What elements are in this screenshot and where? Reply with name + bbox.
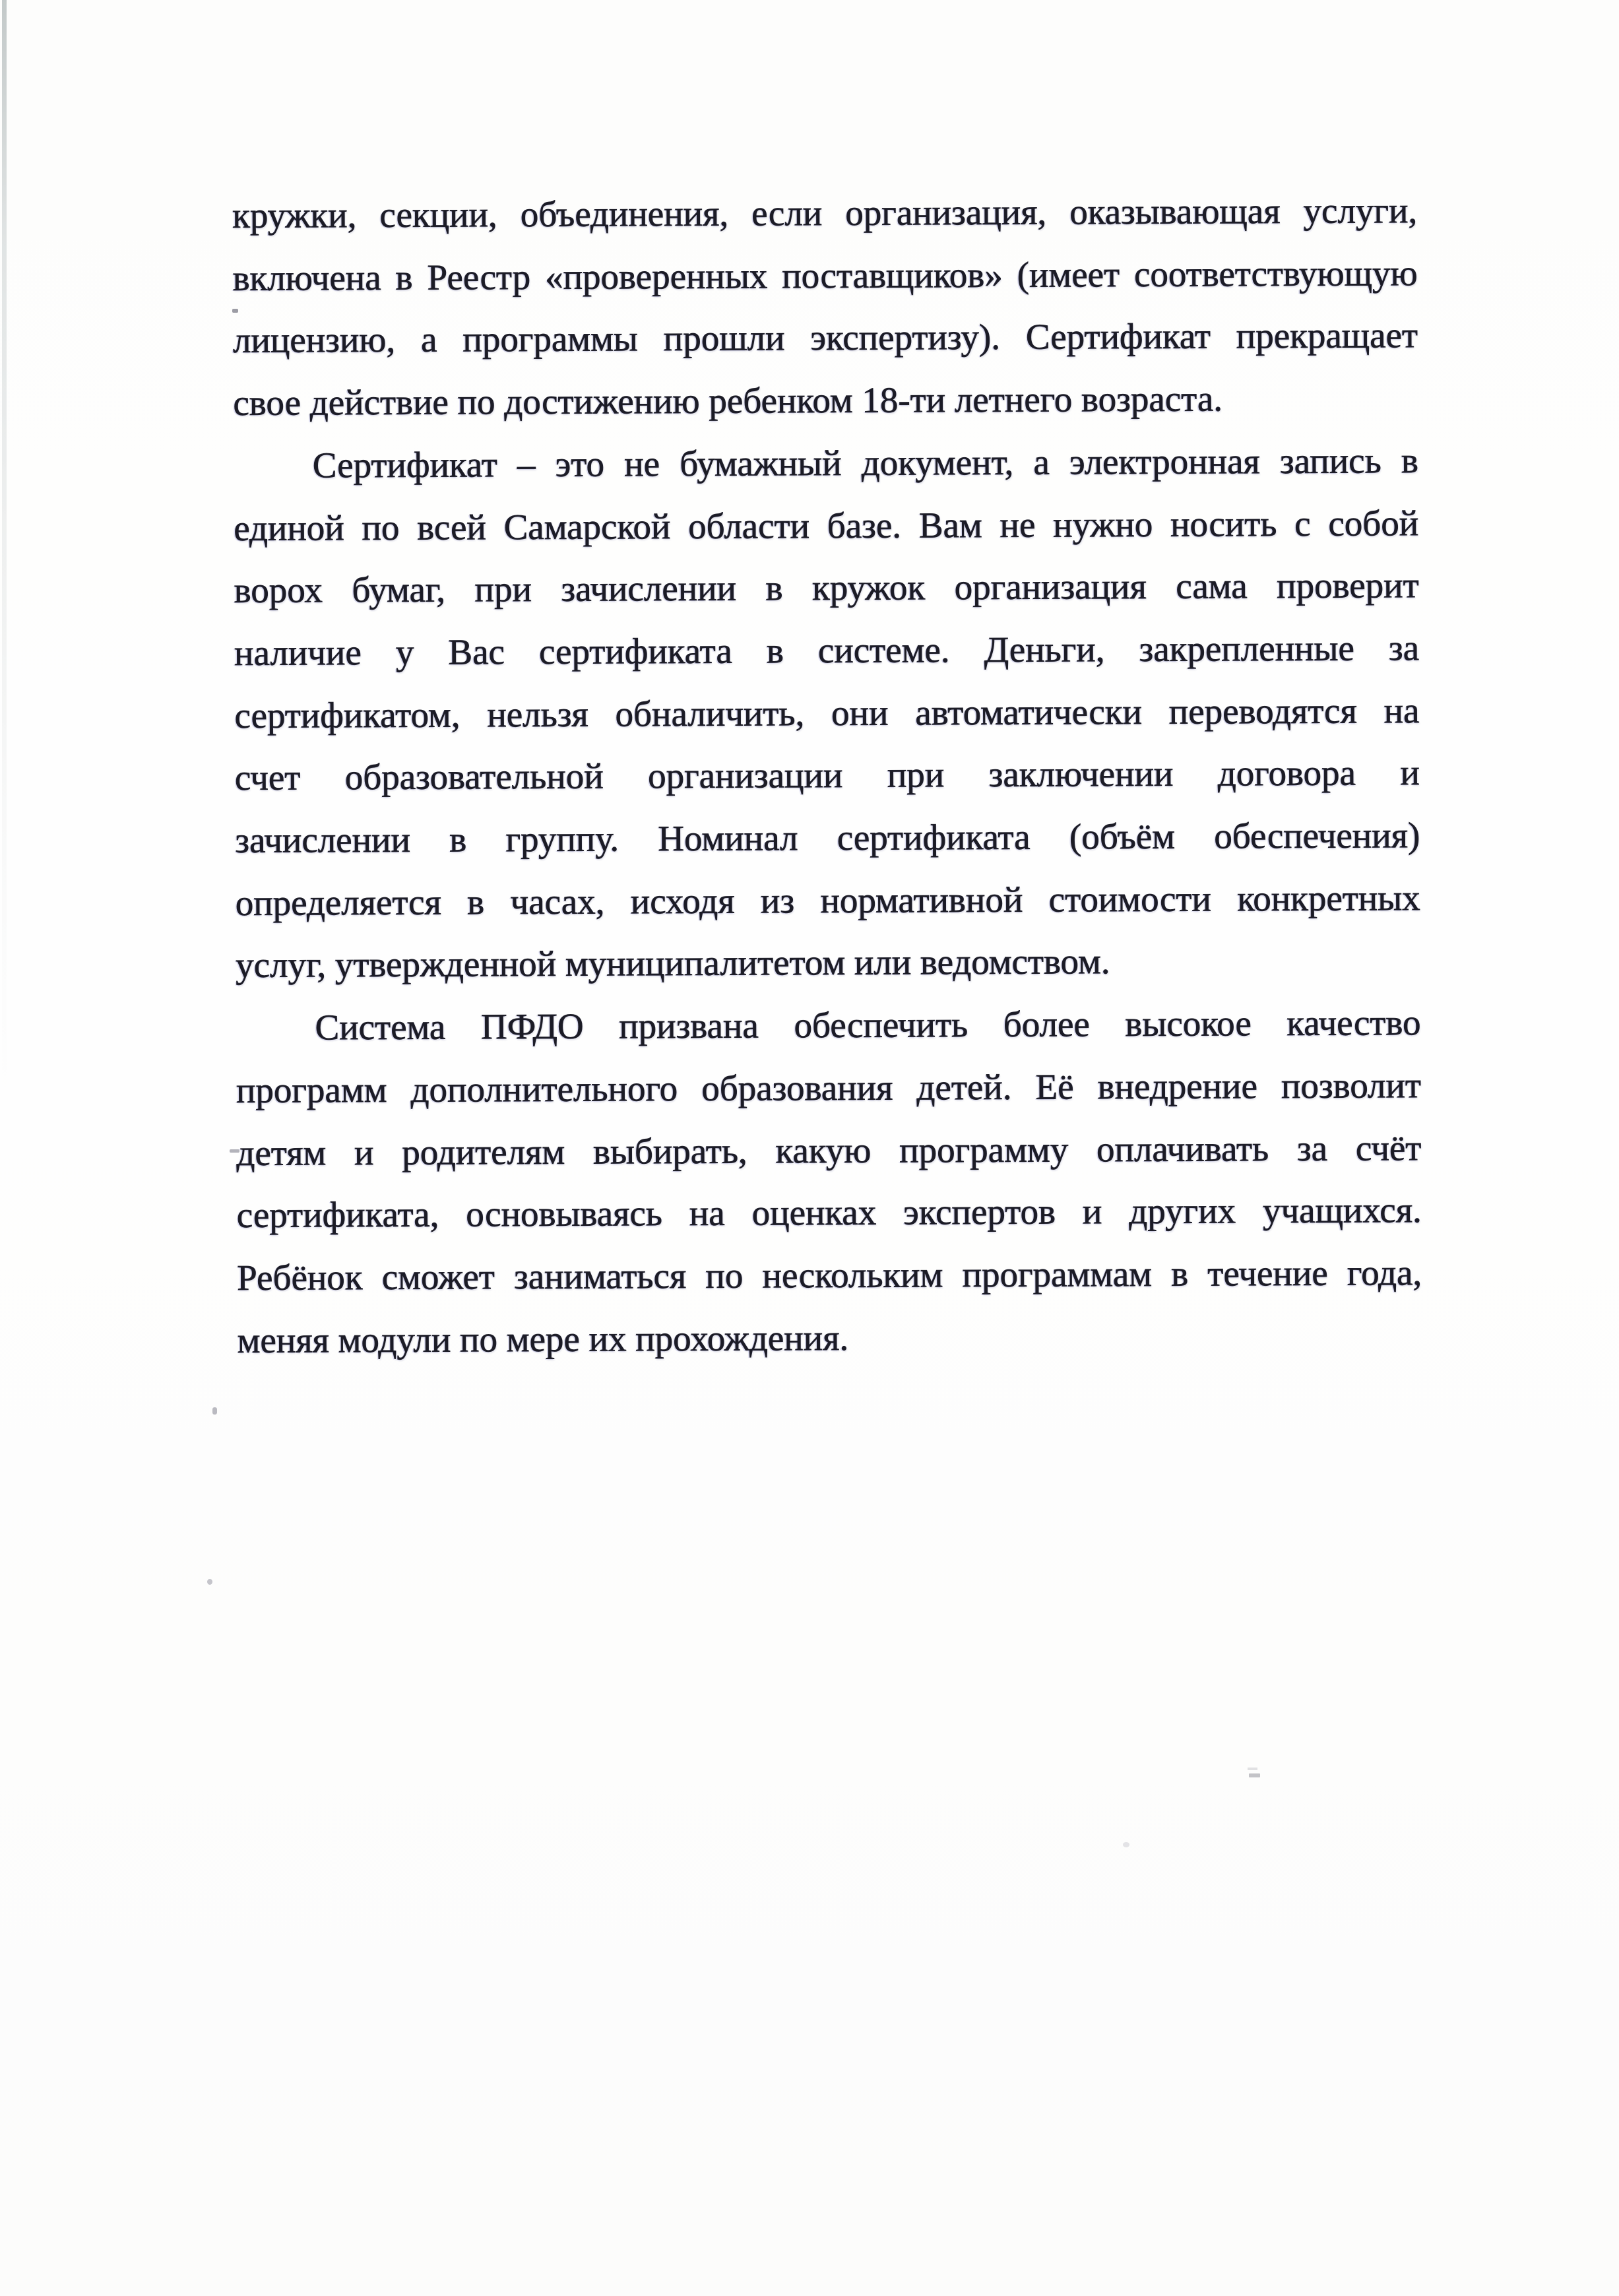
- scan-edge-streak: [2, 0, 7, 1089]
- text-line: программ дополнительного образования дет…: [236, 1054, 1421, 1122]
- text-line: кружки, секции, объединения, если органи…: [232, 179, 1417, 247]
- text-line: детям и родителям выбирать, какую програ…: [236, 1117, 1421, 1185]
- text-line: включена в Реестр «проверенных поставщик…: [232, 242, 1417, 310]
- text-line: меняя модули по мере их прохождения.: [237, 1304, 1422, 1372]
- scan-speck: [230, 1149, 239, 1153]
- text-line: ворох бумаг, при зачислении в кружок орг…: [234, 554, 1418, 622]
- scan-speck: [1123, 1842, 1129, 1847]
- text-line: зачислении в группу. Номинал сертификата…: [235, 804, 1420, 872]
- text-line: сертификатом, нельзя обналичить, они авт…: [234, 680, 1419, 748]
- text-line: Система ПФДО призвана обеспечить более в…: [236, 992, 1420, 1060]
- text-line: определяется в часах, исходя из норматив…: [236, 867, 1420, 935]
- text-line: Ребёнок сможет заниматься по нескольким …: [237, 1242, 1422, 1310]
- document-text-block: кружки, секции, объединения, если органи…: [232, 179, 1422, 1372]
- text-line: единой по всей Самарской области базе. В…: [234, 492, 1418, 560]
- text-line: наличие у Вас сертификата в системе. Ден…: [234, 617, 1419, 685]
- scan-speck: [212, 1407, 217, 1415]
- text-line: счет образовательной организации при зак…: [235, 742, 1420, 810]
- text-line: Сертификат – это не бумажный документ, а…: [234, 430, 1418, 497]
- text-line: сертификата, основываясь на оценках эксп…: [237, 1179, 1422, 1247]
- text-line: свое действие по достижению ребенком 18-…: [233, 367, 1418, 435]
- scanned-page: кружки, секции, объединения, если органи…: [0, 0, 1619, 2296]
- text-line: услуг, утвержденной муниципалитетом или …: [236, 930, 1420, 998]
- scan-speck: [207, 1579, 212, 1585]
- scan-speck: [232, 309, 238, 313]
- text-line: лицензию, а программы прошли экспертизу)…: [233, 305, 1418, 373]
- scan-speck: [1249, 1773, 1260, 1777]
